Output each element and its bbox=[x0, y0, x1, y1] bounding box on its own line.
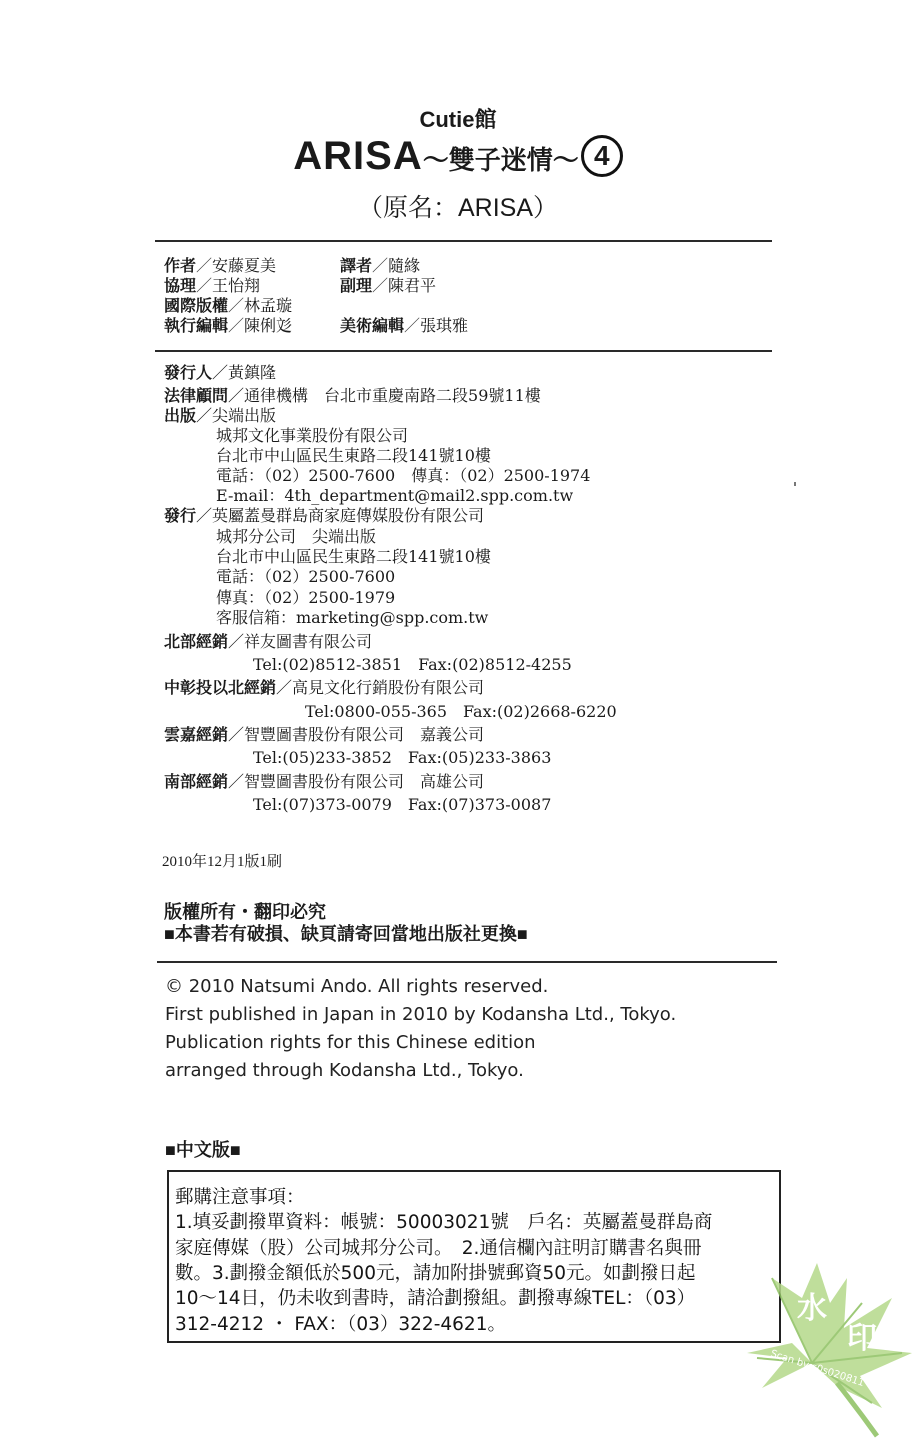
credit-exec-editor: 執行編輯／陳俐彣 bbox=[164, 316, 292, 336]
original-title: （原名：ARISA） bbox=[0, 188, 916, 224]
slash: ／ bbox=[228, 296, 244, 315]
copyright-line-2: First published in Japan in 2010 by Koda… bbox=[165, 1004, 676, 1025]
imprint-email: E-mail：4th_department@mail2.spp.com.tw bbox=[216, 486, 573, 506]
value: 黃鎮隆 bbox=[228, 363, 276, 382]
value: 祥友圖書有限公司 bbox=[244, 632, 372, 651]
distributor-central-contact: Tel:0800-055-365 Fax:(02)2668-6220 bbox=[305, 702, 617, 722]
imprint-company: 城邦文化事業股份有限公司 bbox=[216, 426, 408, 446]
slash: ／ bbox=[212, 363, 228, 382]
copyright-line-3: Publication rights for this Chinese edit… bbox=[165, 1032, 536, 1053]
credit-intl-rights: 國際版權／林孟璇 bbox=[164, 296, 292, 316]
distributor-south-contact: Tel:(07)373-0079 Fax:(07)373-0087 bbox=[253, 795, 551, 815]
title-subtitle: ～雙子迷情～ bbox=[423, 145, 579, 175]
credit-value: 張琪雅 bbox=[420, 316, 468, 335]
slash: ／ bbox=[372, 276, 388, 295]
volume-number: 4 bbox=[581, 135, 623, 177]
mail-order-line: 312-4212 ・ FAX：（03）322-4621。 bbox=[175, 1312, 506, 1338]
credit-value: 林孟璇 bbox=[244, 296, 292, 315]
title-main: ARISA bbox=[293, 134, 422, 178]
slash: ／ bbox=[228, 772, 244, 791]
book-title: ARISA～雙子迷情～4 bbox=[0, 134, 916, 179]
distributor-yunjia: 雲嘉經銷／智豐圖書股份有限公司 嘉義公司 bbox=[164, 725, 484, 745]
credit-value: 隨緣 bbox=[388, 256, 420, 275]
distribution-phone: 電話：（02）2500-7600 bbox=[216, 567, 395, 587]
distributor-north: 北部經銷／祥友圖書有限公司 bbox=[164, 632, 372, 652]
mail-order-line: 10～14日，仍未收到書時，請洽劃撥組。劃撥專線TEL：（03） bbox=[175, 1286, 695, 1312]
credit-associate-manager: 協理／王怡翔 bbox=[164, 276, 260, 296]
damaged-copy-notice: ■本書若有破損、缺頁請寄回當地出版社更換■ bbox=[164, 920, 528, 946]
label: 北部經銷 bbox=[164, 632, 228, 651]
legal-line: 法律顧問／通律機構 台北市重慶南路二段59號11樓 bbox=[164, 386, 541, 406]
distributor-south: 南部經銷／智豐圖書股份有限公司 高雄公司 bbox=[164, 772, 484, 792]
label: 雲嘉經銷 bbox=[164, 725, 228, 744]
value: 高見文化行銷股份有限公司 bbox=[292, 678, 484, 697]
copyright-line-4: arranged through Kodansha Ltd., Tokyo. bbox=[165, 1060, 524, 1081]
distribution-email: 客服信箱：marketing@spp.com.tw bbox=[216, 608, 488, 628]
credit-label: 美術編輯 bbox=[340, 316, 404, 335]
divider-staff bbox=[155, 350, 772, 352]
credit-value: 陳君平 bbox=[388, 276, 436, 295]
slash: ／ bbox=[196, 506, 212, 525]
copyright-line-1: © 2010 Natsumi Ando. All rights reserved… bbox=[165, 976, 548, 997]
value: 尖端出版 bbox=[212, 406, 276, 425]
label: 南部經銷 bbox=[164, 772, 228, 791]
slash: ／ bbox=[228, 386, 244, 405]
imprint-address: 台北市中山區民生東路二段141號10樓 bbox=[216, 446, 491, 466]
maple-leaf-icon: 水 印 Scan by s0s020811 bbox=[742, 1258, 916, 1440]
distributor-yunjia-contact: Tel:(05)233-3852 Fax:(05)233-3863 bbox=[253, 748, 551, 768]
value: 通律機構 台北市重慶南路二段59號11樓 bbox=[244, 386, 541, 405]
slash: ／ bbox=[196, 406, 212, 425]
imprint-line: 出版／尖端出版 bbox=[164, 406, 276, 426]
mail-order-line: 數。3.劃撥金額低於500元，請加附掛號郵資50元。如劃撥日起 bbox=[175, 1261, 696, 1287]
label: 出版 bbox=[164, 406, 196, 425]
credit-label: 執行編輯 bbox=[164, 316, 228, 335]
credit-label: 副理 bbox=[340, 276, 372, 295]
publisher-line: 發行人／黃鎮隆 bbox=[164, 363, 276, 383]
slash: ／ bbox=[276, 678, 292, 697]
value: 智豐圖書股份有限公司 嘉義公司 bbox=[244, 725, 484, 744]
value: 英屬蓋曼群島商家庭傳媒股份有限公司 bbox=[212, 506, 484, 525]
distribution-branch: 城邦分公司 尖端出版 bbox=[216, 527, 376, 547]
series-name: Cutie館 bbox=[0, 103, 916, 134]
chinese-edition-label: ■中文版■ bbox=[165, 1136, 241, 1162]
slash: ／ bbox=[228, 725, 244, 744]
credit-value: 王怡翔 bbox=[212, 276, 260, 295]
mail-order-line: 家庭傳媒（股）公司城邦分公司。 2.通信欄內註明訂購書名與冊 bbox=[175, 1236, 701, 1262]
watermark-char: 水 bbox=[797, 1291, 827, 1326]
credit-label: 國際版權 bbox=[164, 296, 228, 315]
scan-speck bbox=[794, 482, 796, 486]
credit-value: 安藤夏美 bbox=[212, 256, 276, 275]
credit-label: 作者 bbox=[164, 256, 196, 275]
label: 發行 bbox=[164, 506, 196, 525]
mail-order-heading: 郵購注意事項： bbox=[175, 1185, 305, 1211]
distributor-central: 中彰投以北經銷／高見文化行銷股份有限公司 bbox=[164, 678, 484, 698]
edition-date: 2010年12月1版1刷 bbox=[162, 850, 282, 871]
slash: ／ bbox=[372, 256, 388, 275]
leaf-watermark: 水 印 Scan by s0s020811 bbox=[742, 1258, 916, 1440]
value: 智豐圖書股份有限公司 高雄公司 bbox=[244, 772, 484, 791]
slash: ／ bbox=[228, 316, 244, 335]
slash: ／ bbox=[404, 316, 420, 335]
label: 發行人 bbox=[164, 363, 212, 382]
credit-value: 陳俐彣 bbox=[244, 316, 292, 335]
slash: ／ bbox=[196, 276, 212, 295]
divider-top bbox=[155, 240, 772, 242]
distribution-fax: 傳真：（02）2500-1979 bbox=[216, 588, 395, 608]
imprint-phone-fax: 電話：（02）2500-7600 傳真：（02）2500-1974 bbox=[216, 466, 590, 486]
credit-art-editor: 美術編輯／張琪雅 bbox=[340, 316, 468, 336]
slash: ／ bbox=[196, 256, 212, 275]
label: 中彰投以北經銷 bbox=[164, 678, 276, 697]
slash: ／ bbox=[228, 632, 244, 651]
credit-translator: 譯者／隨緣 bbox=[340, 256, 420, 276]
credit-author: 作者／安藤夏美 bbox=[164, 256, 276, 276]
credit-label: 譯者 bbox=[340, 256, 372, 275]
distributor-north-contact: Tel:(02)8512-3851 Fax:(02)8512-4255 bbox=[253, 655, 572, 675]
divider-rights bbox=[157, 961, 777, 963]
distribution-line: 發行／英屬蓋曼群島商家庭傳媒股份有限公司 bbox=[164, 506, 484, 526]
credit-deputy-manager: 副理／陳君平 bbox=[340, 276, 436, 296]
distribution-address: 台北市中山區民生東路二段141號10樓 bbox=[216, 547, 491, 567]
credit-label: 協理 bbox=[164, 276, 196, 295]
label: 法律顧問 bbox=[164, 386, 228, 405]
mail-order-line: 1.填妥劃撥單資料：帳號：50003021號 戶名：英屬蓋曼群島商 bbox=[175, 1210, 712, 1236]
watermark-char: 印 bbox=[847, 1321, 877, 1356]
